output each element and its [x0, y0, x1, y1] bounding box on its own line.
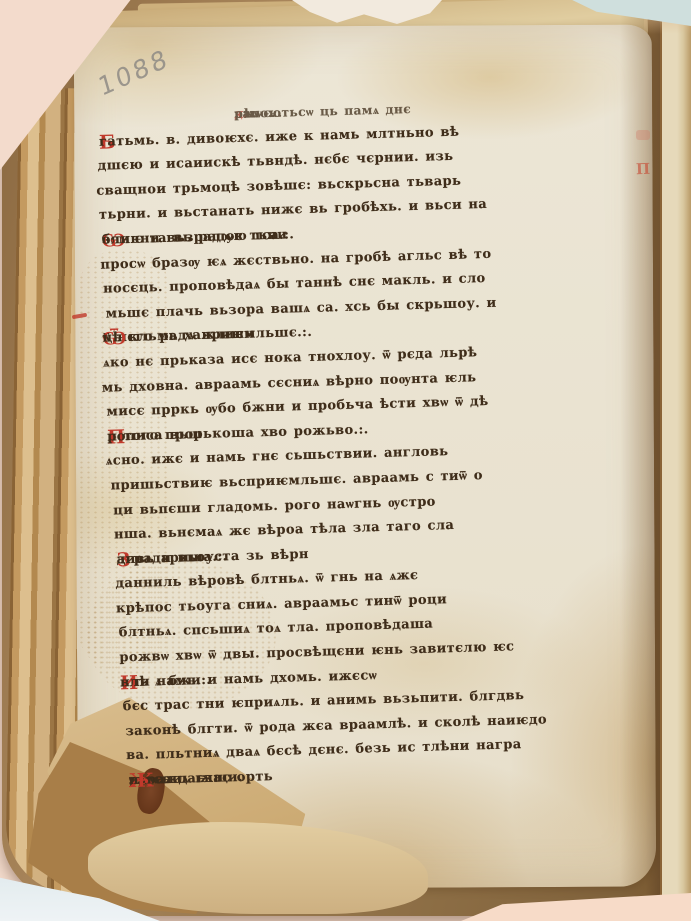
text-block: запоютьсѡ ць памѧ днє д. пѣ. є. ирмѡ .:.… — [88, 90, 673, 794]
body-text: и тєниѧ глас орть — [129, 765, 274, 794]
body-text: рописа вьш — [107, 423, 203, 450]
body-text: рмѡ .:. — [234, 101, 283, 127]
facing-page-edge — [660, 0, 691, 921]
manuscript-photo: П 1088 запоютьсѡ ць памѧ днє д. пѣ. є. и… — [0, 0, 691, 921]
